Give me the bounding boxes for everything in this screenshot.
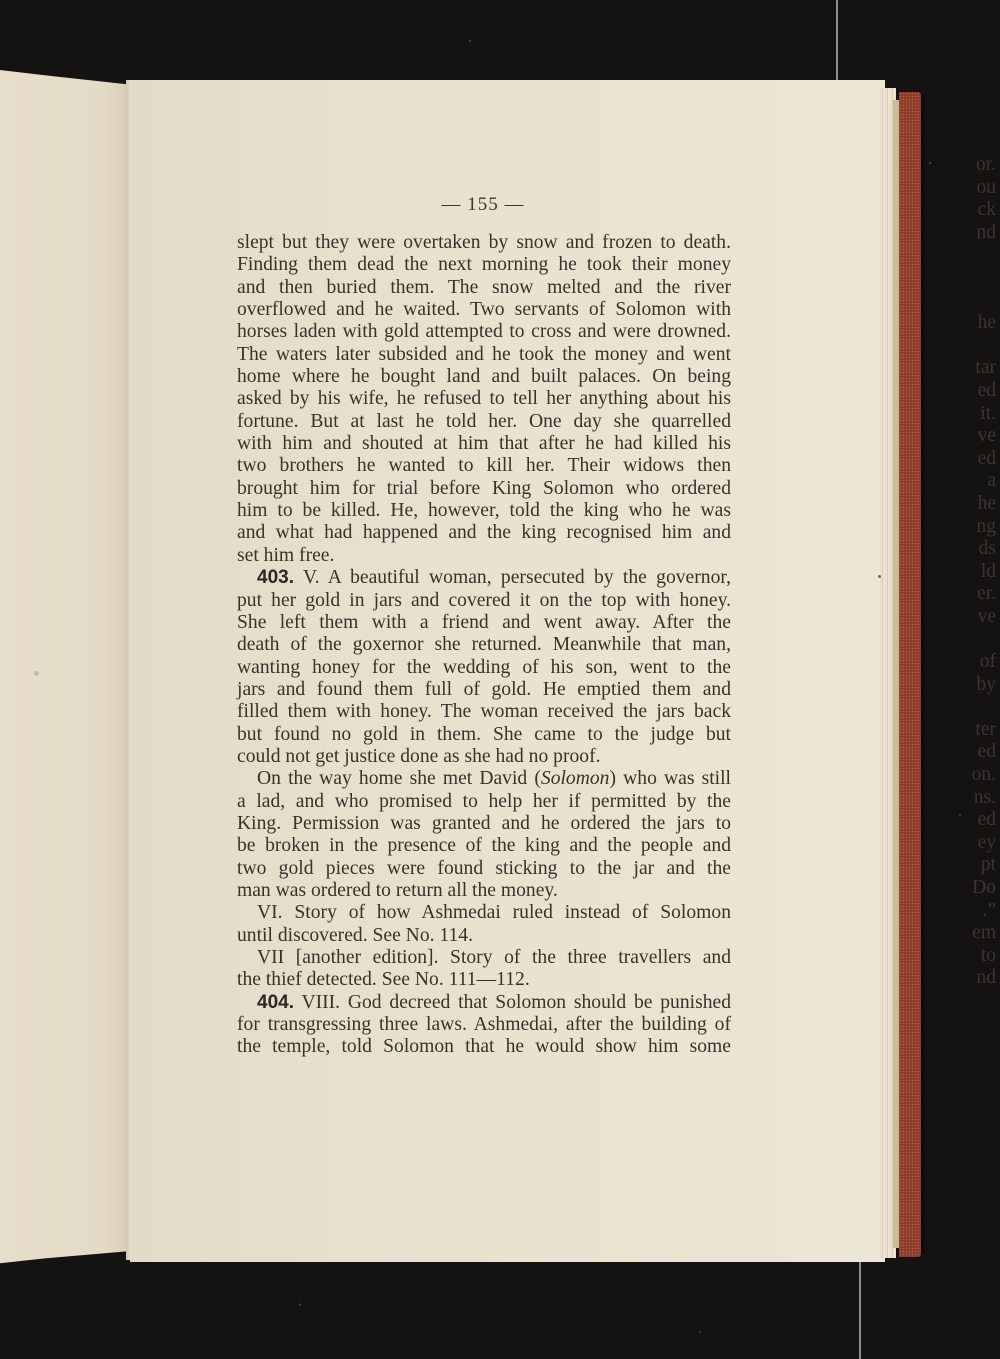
text-line: the thief detected. See No. 111—112.	[237, 969, 731, 991]
left-page-line: to	[936, 945, 996, 968]
left-page-line: ng	[936, 516, 996, 539]
text-line: man was ordered to return all the money.	[237, 880, 731, 902]
left-page-line: or.	[936, 154, 996, 177]
text-line: filled them with honey. The woman receiv…	[237, 701, 731, 723]
text-segment: brought him for trial before King Solomo…	[237, 478, 731, 499]
left-page-line: of	[936, 651, 996, 674]
left-page-line: ck	[936, 199, 996, 222]
text-segment: two gold pieces were found sticking to t…	[237, 858, 731, 879]
left-page-line: nd	[936, 967, 996, 990]
text-segment: VI. Story of how Ashmedai ruled instead …	[257, 902, 731, 923]
entry-start-line: 404. VIII. God decreed that Solomon shou…	[237, 992, 731, 1014]
text-segment: slept but they were overtaken by snow an…	[237, 232, 731, 253]
text-line: The waters later subsided and he took th…	[237, 344, 731, 366]
scan-guide-line-bottom	[859, 1262, 861, 1359]
text-segment: set him free.	[237, 545, 334, 566]
left-page-line: er.	[936, 583, 996, 606]
left-page-line: ds	[936, 538, 996, 561]
text-segment: V. A beautiful woman, persecuted by the …	[303, 567, 731, 588]
text-segment: home where he bought land and built pala…	[237, 366, 731, 387]
left-page-line: nd	[936, 222, 996, 245]
scan-guide-line-top	[836, 0, 838, 82]
text-line: him to be killed. He, however, told the …	[237, 500, 731, 522]
text-line: with him and shouted at him that after h…	[237, 433, 731, 455]
text-line: slept but they were overtaken by snow an…	[237, 232, 731, 254]
text-segment: the thief detected. See No. 111—112.	[237, 969, 530, 990]
left-page-line: ns.	[936, 787, 996, 810]
left-page-line: ed	[936, 741, 996, 764]
left-page-line	[936, 696, 996, 719]
left-page-line: .”	[936, 900, 996, 923]
text-segment: and then buried them. The snow melted an…	[237, 277, 731, 298]
text-segment: She left them with a friend and went awa…	[237, 612, 731, 633]
text-segment: two brothers he wanted to kill her. Thei…	[237, 455, 731, 476]
text-segment: put her gold in jars and covered it on t…	[237, 590, 731, 611]
text-segment: the temple, told Solomon that he would s…	[237, 1036, 731, 1057]
left-page-line: it.	[936, 403, 996, 426]
left-page-line: ou	[936, 177, 996, 200]
left-page-line: on.	[936, 764, 996, 787]
text-segment: and what had happened and the king recog…	[237, 522, 731, 543]
left-page-line: he	[936, 493, 996, 516]
text-segment: ) who was still	[609, 768, 731, 789]
text-segment: death of the goxernor she returned. Mean…	[237, 634, 731, 655]
left-page-line: ve	[936, 425, 996, 448]
left-page-line	[936, 267, 996, 290]
text-segment: until discovered. See No. 114.	[237, 925, 473, 946]
text-segment: King. Permission was granted and he orde…	[237, 813, 731, 834]
text-line: jars and found them full of gold. He emp…	[237, 679, 731, 701]
left-page-line: a	[936, 470, 996, 493]
paper-spot	[878, 575, 881, 578]
text-line: set him free.	[237, 545, 731, 567]
paper-spot	[34, 671, 39, 676]
left-page-line: em	[936, 922, 996, 945]
text-line: She left them with a friend and went awa…	[237, 612, 731, 634]
text-line: home where he bought land and built pala…	[237, 366, 731, 388]
text-segment: filled them with honey. The woman receiv…	[237, 701, 731, 722]
text-line: death of the goxernor she returned. Mean…	[237, 634, 731, 656]
text-segment: with him and shouted at him that after h…	[237, 433, 731, 454]
left-page-line: ld	[936, 561, 996, 584]
text-line: brought him for trial before King Solomo…	[237, 478, 731, 500]
text-segment: but found no gold in them. She came to t…	[237, 724, 731, 745]
text-line: On the way home she met David (Solomon) …	[237, 768, 731, 790]
text-segment: Finding them dead the next morning he to…	[237, 254, 731, 275]
left-page-line: he	[936, 312, 996, 335]
text-segment: be broken in the presence of the king an…	[237, 835, 731, 856]
text-line: a lad, and who promised to help her if p…	[237, 791, 731, 813]
book-cover-edge	[899, 92, 921, 1257]
left-page-line: by	[936, 674, 996, 697]
left-page-line: ed	[936, 380, 996, 403]
text-segment: horses laden with gold attempted to cros…	[237, 321, 731, 342]
text-segment: jars and found them full of gold. He emp…	[237, 679, 731, 700]
text-line: until discovered. See No. 114.	[237, 925, 731, 947]
left-page-line	[936, 290, 996, 313]
text-line: be broken in the presence of the king an…	[237, 835, 731, 857]
left-page-line: ed	[936, 448, 996, 471]
text-line: two gold pieces were found sticking to t…	[237, 858, 731, 880]
text-line: wanting honey for the wedding of his son…	[237, 657, 731, 679]
text-line: for transgressing three laws. Ashmedai, …	[237, 1014, 731, 1036]
left-page	[0, 70, 128, 1268]
page-edge-stain	[40, 69, 60, 72]
left-page-line: ve	[936, 606, 996, 629]
text-line: VII [another edition]. Story of the thre…	[237, 947, 731, 969]
text-segment: for transgressing three laws. Ashmedai, …	[237, 1014, 731, 1035]
text-segment: On the way home she met David (	[257, 768, 541, 789]
text-line: but found no gold in them. She came to t…	[237, 724, 731, 746]
text-segment: him to be killed. He, however, told the …	[237, 500, 731, 521]
text-line: fortune. But at last he told her. One da…	[237, 411, 731, 433]
left-page-line: pt	[936, 854, 996, 877]
left-page-line: ey	[936, 832, 996, 855]
text-line: and then buried them. The snow melted an…	[237, 277, 731, 299]
text-segment: VII [another edition]. Story of the thre…	[257, 947, 731, 968]
text-line: horses laden with gold attempted to cros…	[237, 321, 731, 343]
text-segment: asked by his wife, he refused to tell he…	[237, 388, 731, 409]
text-line: overflowed and he waited. Two servants o…	[237, 299, 731, 321]
text-segment: The waters later subsided and he took th…	[237, 344, 731, 365]
text-line: and what had happened and the king recog…	[237, 522, 731, 544]
entry-start-line: 403. V. A beautiful woman, persecuted by…	[237, 567, 731, 589]
left-page-line: tar	[936, 357, 996, 380]
page-body-text: slept but they were overtaken by snow an…	[237, 232, 731, 1059]
cover-shadow	[921, 95, 927, 1255]
left-page-text-fragments: or.ouckndhetaredit.veedahengdslder.veofb…	[936, 154, 996, 990]
text-line: asked by his wife, he refused to tell he…	[237, 388, 731, 410]
page-number: — 155 —	[383, 194, 583, 216]
text-line: VI. Story of how Ashmedai ruled instead …	[237, 902, 731, 924]
page-edge-stain	[30, 1261, 60, 1264]
text-segment: VIII. God decreed that Solomon should be…	[301, 992, 731, 1013]
text-segment: man was ordered to return all the money.	[237, 880, 558, 901]
text-line: could not get justice done as she had no…	[237, 746, 731, 768]
text-segment: could not get justice done as she had no…	[237, 746, 601, 767]
text-line: put her gold in jars and covered it on t…	[237, 590, 731, 612]
text-segment: wanting honey for the wedding of his son…	[237, 657, 731, 678]
text-segment: overflowed and he waited. Two servants o…	[237, 299, 731, 320]
text-line: the temple, told Solomon that he would s…	[237, 1036, 731, 1058]
text-line: King. Permission was granted and he orde…	[237, 813, 731, 835]
text-segment: a lad, and who promised to help her if p…	[237, 791, 731, 812]
left-page-line: Do	[936, 877, 996, 900]
left-page-line	[936, 335, 996, 358]
left-page-line: ter	[936, 719, 996, 742]
entry-number: 404.	[257, 992, 294, 1013]
text-segment: fortune. But at last he told her. One da…	[237, 411, 731, 432]
left-page-line: ed	[936, 809, 996, 832]
text-line: Finding them dead the next morning he to…	[237, 254, 731, 276]
left-page-line	[936, 244, 996, 267]
text-line: two brothers he wanted to kill her. Thei…	[237, 455, 731, 477]
left-page-line	[936, 628, 996, 651]
entry-number: 403.	[257, 567, 294, 588]
italic-name: Solomon	[541, 768, 610, 789]
